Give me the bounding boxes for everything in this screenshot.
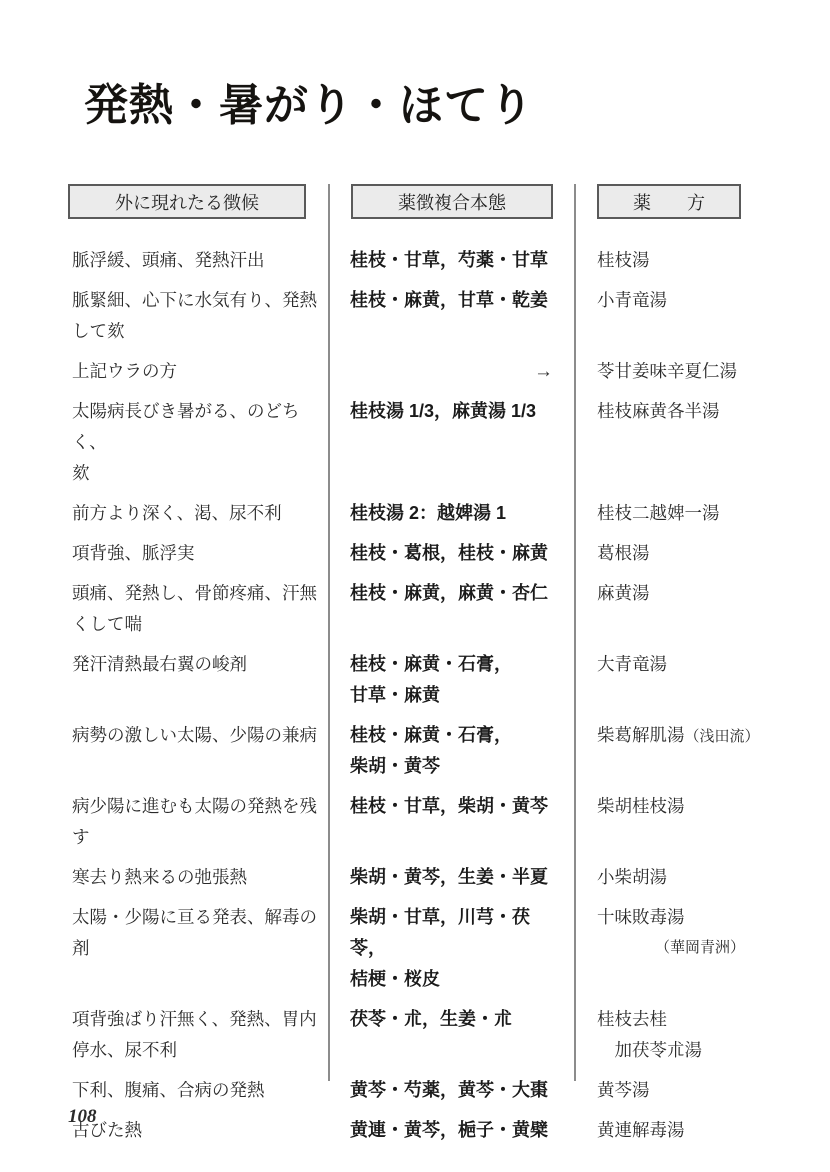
remedy-cell: 葛根湯 [597,538,765,569]
remedy-note: （浅田流） [685,729,760,745]
column-header-complex-label: 薬徴複合本態 [398,189,506,215]
remedy-cell: 桂枝湯 [597,245,765,276]
table-row: 古びた熱黄連・黄芩，梔子・黄檗黄連解毒湯 [0,1115,830,1146]
remedy-name: 苓甘姜味辛夏仁湯 [597,361,737,381]
remedy-name: 黄連解毒湯 [597,1120,685,1140]
remedy-name: 柴葛解肌湯 [597,725,685,745]
symptom-remedy-table: 外に現れたる徴候 薬徴複合本態 薬 方 脈浮緩、頭痛、発熱汗出桂枝・甘草，芍薬・… [0,184,830,1081]
remedy-note: （華岡青洲） [597,933,765,964]
remedy-name: 小青竜湯 [597,290,667,310]
column-header-remedy-label: 薬 方 [633,189,705,215]
sign-cell: 項背強、脈浮実 [72,538,328,569]
remedy-name: 桂枝湯 [597,250,650,270]
sign-cell: 太陽病長びき暑がる、のどちく、 欬 [72,396,328,489]
table-row: 太陽・少陽に亘る発表、解毒の 剤柴胡・甘草，川芎・茯苓， 桔梗・桜皮十味敗毒湯（… [0,902,830,995]
table-row: 下利、腹痛、合病の発熱黄芩・芍薬，黄芩・大棗黄芩湯 [0,1075,830,1106]
table-row: 前方より深く、渇、尿不利桂枝湯 2：越婢湯 1桂枝二越婢一湯 [0,498,830,529]
remedy-cell: 苓甘姜味辛夏仁湯 [597,356,765,387]
table-row: 太陽病長びき暑がる、のどちく、 欬桂枝湯 1/3，麻黄湯 1/3桂枝麻黄各半湯 [0,396,830,489]
complex-cell: 黄連・黄芩，梔子・黄檗 [350,1115,553,1146]
column-header-complex: 薬徴複合本態 [351,184,553,219]
table-row: 脈浮緩、頭痛、発熱汗出桂枝・甘草，芍薬・甘草桂枝湯 [0,245,830,276]
remedy-name: 桂枝二越婢一湯 [597,503,720,523]
remedy-cell: 柴葛解肌湯（浅田流） [597,720,765,753]
table-row: 寒去り熱来るの弛張熱柴胡・黄芩，生姜・半夏小柴胡湯 [0,862,830,893]
table-row: 病勢の激しい太陽、少陽の兼病桂枝・麻黄・石膏， 柴胡・黄芩柴葛解肌湯（浅田流） [0,720,830,782]
arrow-right: → [350,356,553,387]
remedy-name: 麻黄湯 [597,583,650,603]
sign-cell: 上記ウラの方 [72,356,328,387]
remedy-name: 葛根湯 [597,543,650,563]
complex-cell: 桂枝・麻黄，麻黄・杏仁 [350,578,553,609]
sign-cell: 下利、腹痛、合病の発熱 [72,1075,328,1106]
sign-cell: 病勢の激しい太陽、少陽の兼病 [72,720,328,751]
remedy-name: 大青竜湯 [597,654,667,674]
page-number: 108 [68,1106,97,1128]
complex-cell: 茯苓・朮，生姜・朮 [350,1004,553,1035]
sign-cell: 寒去り熱来るの弛張熱 [72,862,328,893]
sign-cell: 病少陽に進むも太陽の発熱を残 す [72,791,328,853]
column-header-signs-label: 外に現れたる徴候 [115,189,259,215]
complex-cell: 柴胡・甘草，川芎・茯苓， 桔梗・桜皮 [350,902,553,995]
remedy-cell: 桂枝二越婢一湯 [597,498,765,529]
remedy-cell: 十味敗毒湯（華岡青洲） [597,902,765,964]
page-title: 発熱・暑がり・ほてり [84,80,534,133]
sign-cell: 項背強ばり汗無く、発熱、胃内 停水、尿不利 [72,1004,328,1066]
complex-cell: 桂枝・麻黄・石膏， 甘草・麻黄 [350,649,553,711]
column-header-signs: 外に現れたる徴候 [68,184,306,219]
remedy-name: 黄芩湯 [597,1080,650,1100]
table-row: 頭痛、発熱し、骨節疼痛、汗無 くして喘桂枝・麻黄，麻黄・杏仁麻黄湯 [0,578,830,640]
sign-cell: 前方より深く、渇、尿不利 [72,498,328,529]
remedy-cell: 麻黄湯 [597,578,765,609]
complex-cell: 柴胡・黄芩，生姜・半夏 [350,862,553,893]
table-row: 病少陽に進むも太陽の発熱を残 す桂枝・甘草，柴胡・黄芩柴胡桂枝湯 [0,791,830,853]
remedy-cell: 桂枝麻黄各半湯 [597,396,765,427]
remedy-cell: 黄芩湯 [597,1075,765,1106]
sign-cell: 脈浮緩、頭痛、発熱汗出 [72,245,328,276]
table-row: 上記ウラの方→苓甘姜味辛夏仁湯 [0,356,830,387]
complex-cell: 桂枝湯 2：越婢湯 1 [350,498,553,529]
sign-cell: 発汗清熱最右翼の峻剤 [72,649,328,680]
document-page: 発熱・暑がり・ほてり 外に現れたる徴候 薬徴複合本態 薬 方 脈浮緩、頭痛、発熱… [0,0,830,1172]
remedy-name: 十味敗毒湯 [597,907,685,927]
remedy-cell: 黄連解毒湯 [597,1115,765,1146]
complex-cell: 桂枝湯 1/3，麻黄湯 1/3 [350,396,553,427]
complex-cell: 桂枝・麻黄・石膏， 柴胡・黄芩 [350,720,553,782]
remedy-name: 柴胡桂枝湯 [597,796,685,816]
table-row: 項背強ばり汗無く、発熱、胃内 停水、尿不利茯苓・朮，生姜・朮桂枝去桂 加茯苓朮湯 [0,1004,830,1066]
remedy-cell: 桂枝去桂 加茯苓朮湯 [597,1004,765,1066]
sign-cell: 頭痛、発熱し、骨節疼痛、汗無 くして喘 [72,578,328,640]
complex-cell: 黄芩・芍薬，黄芩・大棗 [350,1075,553,1106]
remedy-name: 桂枝去桂 加茯苓朮湯 [597,1009,702,1060]
remedy-cell: 柴胡桂枝湯 [597,791,765,822]
table-row: 項背強、脈浮実桂枝・葛根，桂枝・麻黄葛根湯 [0,538,830,569]
remedy-cell: 小柴胡湯 [597,862,765,893]
complex-cell: 桂枝・葛根，桂枝・麻黄 [350,538,553,569]
remedy-cell: 大青竜湯 [597,649,765,680]
remedy-name: 小柴胡湯 [597,867,667,887]
sign-cell: 太陽・少陽に亘る発表、解毒の 剤 [72,902,328,964]
complex-cell: 桂枝・甘草，芍薬・甘草 [350,245,553,276]
sign-cell: 古びた熱 [72,1115,328,1146]
column-header-remedy: 薬 方 [597,184,741,219]
table-rows: 脈浮緩、頭痛、発熱汗出桂枝・甘草，芍薬・甘草桂枝湯脈緊細、心下に水気有り、発熱 … [0,245,830,1155]
sign-cell: 脈緊細、心下に水気有り、発熱 して欬 [72,285,328,347]
table-row: 脈緊細、心下に水気有り、発熱 して欬桂枝・麻黄，甘草・乾姜小青竜湯 [0,285,830,347]
remedy-cell: 小青竜湯 [597,285,765,316]
complex-cell: 桂枝・甘草，柴胡・黄芩 [350,791,553,822]
remedy-name: 桂枝麻黄各半湯 [597,401,720,421]
table-row: 発汗清熱最右翼の峻剤桂枝・麻黄・石膏， 甘草・麻黄大青竜湯 [0,649,830,711]
complex-cell: 桂枝・麻黄，甘草・乾姜 [350,285,553,316]
